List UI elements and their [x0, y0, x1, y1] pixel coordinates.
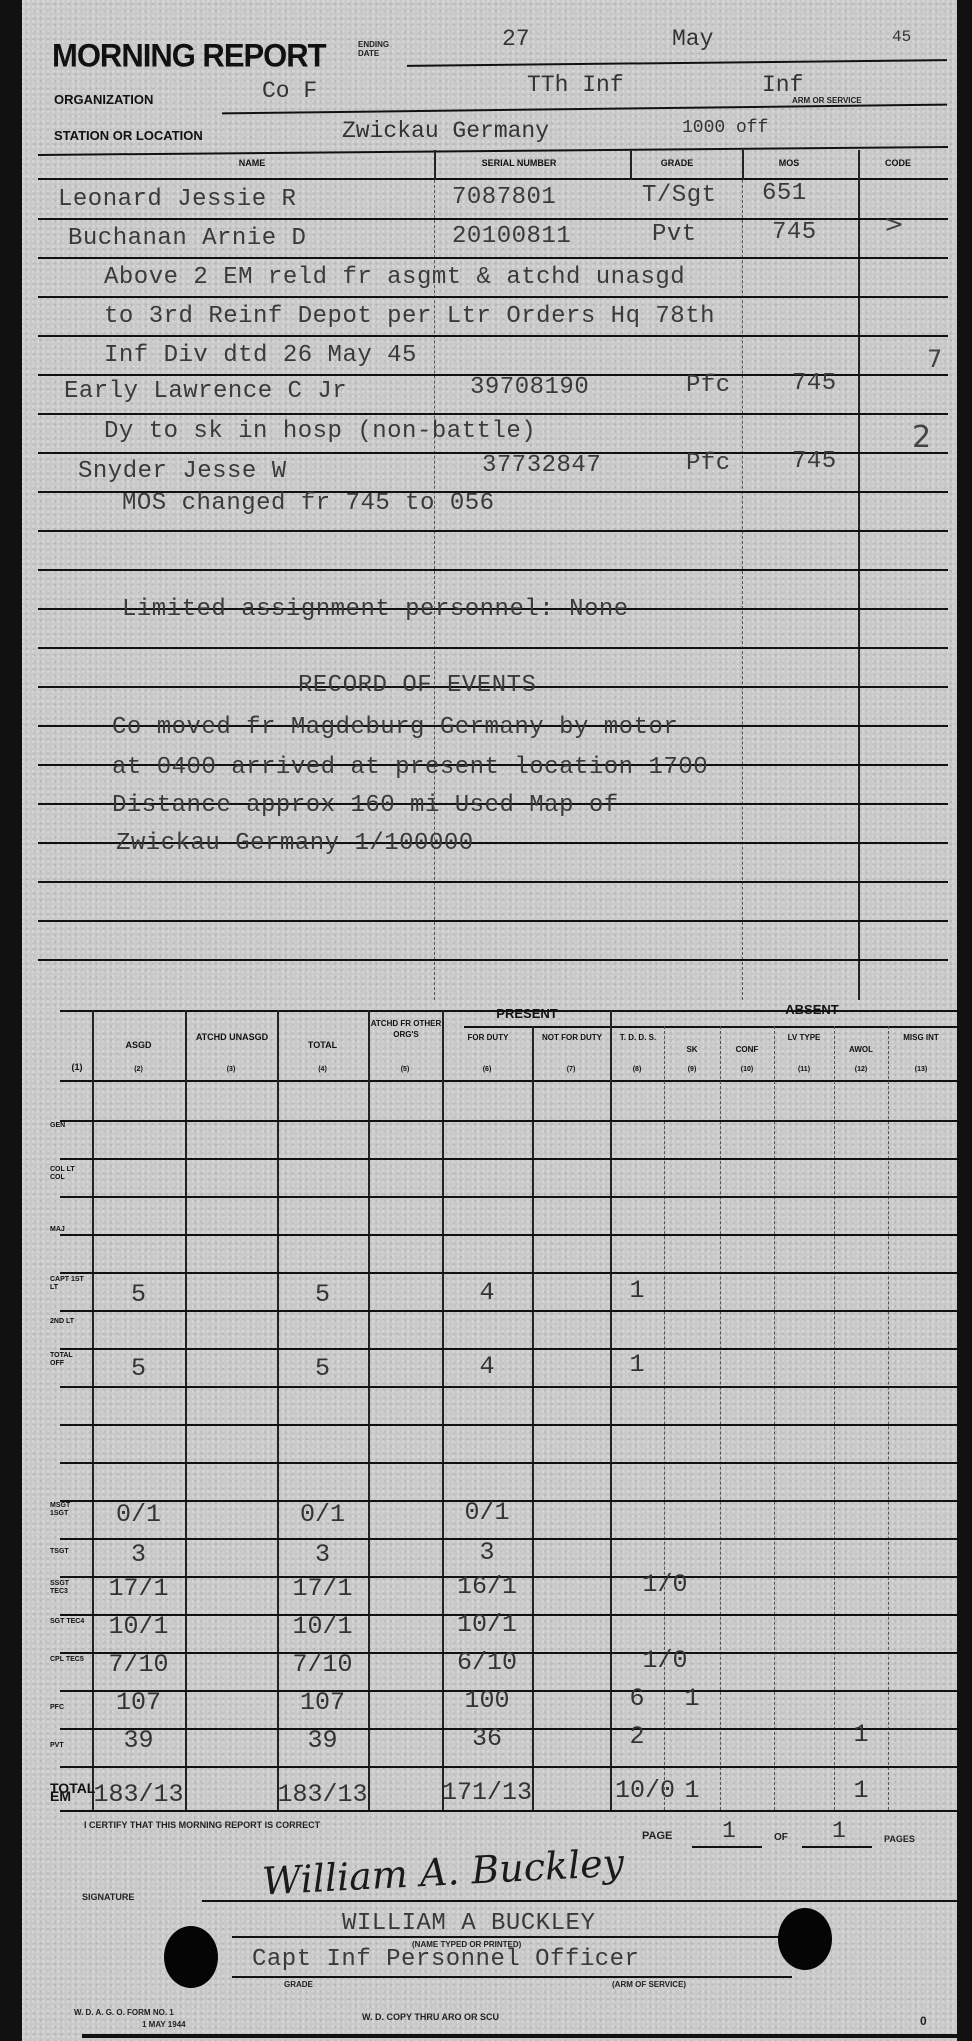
col-atchd-fr-other-num: (5): [368, 1064, 442, 1075]
col-sk: SK: [664, 1044, 720, 1055]
row-label: PFC: [50, 1704, 86, 1712]
record-of-events-title: RECORD OF EVENTS: [298, 672, 536, 699]
organization-value: Co F: [262, 78, 317, 104]
punch-hole-right: [778, 1908, 832, 1970]
row-label: MSGT 1SGT: [50, 1502, 86, 1518]
row-label: CAPT 1ST LT: [50, 1276, 86, 1292]
roster-serial: 39708190: [470, 374, 589, 401]
station-note: 1000 off: [682, 118, 768, 138]
col-1-num: (1): [62, 1062, 92, 1073]
cell-for-duty: 100: [442, 1686, 532, 1715]
col-tdds: T. D. D. S.: [612, 1032, 664, 1043]
row-label: TSGT: [50, 1548, 86, 1556]
row-label: SGT TEC4: [50, 1618, 86, 1626]
event-line: Co moved fr Magdeburg Germany by motor: [112, 714, 678, 741]
roster-header-serial: SERIAL NUMBER: [434, 158, 604, 169]
of-label: OF: [774, 1832, 788, 1843]
row-label: PVT: [50, 1742, 86, 1750]
col-asgd: ASGD: [92, 1040, 185, 1051]
cell-tdds: 1/0: [610, 1646, 720, 1675]
pages-label: PAGES: [884, 1834, 915, 1844]
cell-total: 10/1: [277, 1612, 368, 1641]
signature-label: SIGNATURE: [82, 1892, 134, 1902]
row-label: CPL TEC5: [50, 1656, 86, 1664]
cell-total: 39: [277, 1726, 368, 1755]
col-misg-int: MISG INT: [888, 1032, 954, 1043]
printed-name: WILLIAM A BUCKLEY: [342, 1910, 595, 1937]
form-title: MORNING REPORT: [52, 37, 326, 75]
cell-total: 3: [277, 1540, 368, 1569]
ending-date-label: ENDING DATE: [358, 40, 398, 58]
col-awol: AWOL: [834, 1044, 888, 1055]
row-label: 2ND LT: [50, 1318, 86, 1326]
limited-assignment-note: Limited assignment personnel: None: [122, 596, 629, 623]
cell-for-duty: 36: [442, 1724, 532, 1753]
roster-mos: 745: [792, 370, 837, 397]
roster-name: Snyder Jesse W: [78, 458, 287, 485]
col-atchd-unasgd-num: (3): [185, 1064, 277, 1075]
row-label: GEN: [50, 1122, 86, 1130]
col-sk-num: (9): [664, 1064, 720, 1075]
cell-for-duty: 4: [442, 1278, 532, 1307]
col-conf-num: (10): [720, 1064, 774, 1075]
col-total-num: (4): [277, 1064, 368, 1075]
cell-for-duty: 0/1: [442, 1498, 532, 1527]
page-total: 1: [832, 1818, 846, 1844]
corner-mark: 0: [920, 2014, 927, 2028]
cell-asgd: 3: [92, 1540, 185, 1569]
cell-total: 5: [277, 1354, 368, 1383]
date-year: 45: [892, 28, 911, 46]
roster-serial: 20100811: [452, 223, 571, 250]
signature: William A. Buckley: [261, 1841, 625, 1904]
roster-header-name: NAME: [152, 158, 352, 169]
roster-grade: Pvt: [652, 221, 697, 248]
cell-tdds: 1: [610, 1276, 664, 1305]
row-label-total: TOTAL EM: [50, 1784, 86, 1800]
roster-remark: Inf Div dtd 26 May 45: [104, 342, 417, 369]
cell-sk: 1: [672, 1776, 712, 1805]
cell-asgd: 39: [92, 1726, 185, 1755]
station-value: Zwickau Germany: [342, 118, 549, 144]
col-lv-type: LV TYPE: [774, 1032, 834, 1043]
cell-total: 17/1: [277, 1574, 368, 1603]
code-mark: >: [884, 210, 904, 238]
cell-sk: 1: [664, 1684, 720, 1713]
roster-header-code: CODE: [858, 158, 938, 169]
station-label: STATION OR LOCATION: [54, 128, 203, 143]
col-tdds-num: (8): [610, 1064, 664, 1075]
cell-asgd: 7/10: [92, 1650, 185, 1679]
col-for-duty-num: (6): [442, 1064, 532, 1075]
col-for-duty: FOR DUTY: [446, 1032, 530, 1043]
cell-for-duty: 6/10: [442, 1648, 532, 1677]
cell-total: 7/10: [277, 1650, 368, 1679]
regiment-value: TTh Inf: [527, 72, 624, 98]
roster-mos: 651: [762, 180, 807, 207]
cell-total: 107: [277, 1688, 368, 1717]
absent-group-header: ABSENT: [742, 1004, 882, 1015]
form-date: 1 MAY 1944: [142, 2020, 186, 2029]
roster-mos: 745: [792, 448, 837, 475]
row-label: TOTAL OFF: [50, 1352, 86, 1368]
col-awol-num: (12): [834, 1064, 888, 1075]
row-label: MAJ: [50, 1226, 86, 1234]
copy-instruction: W. D. COPY THRU ARO OR SCU: [362, 2012, 499, 2022]
col-not-for-duty-num: (7): [532, 1064, 610, 1075]
col-atchd-unasgd: ATCHD UNASGD: [190, 1032, 274, 1043]
roster-mos: 745: [772, 219, 817, 246]
event-line: at 0400 arrived at present location 1700: [112, 754, 708, 781]
arm-label: ARM OR SERVICE: [792, 96, 862, 105]
roster-name: Buchanan Arnie D: [68, 225, 306, 252]
form-id: W. D. A. G. O. FORM NO. 1: [74, 2008, 174, 2017]
roster-grade: T/Sgt: [642, 182, 717, 209]
cell-asgd: 0/1: [92, 1500, 185, 1529]
cell-tdds: 1/0: [610, 1570, 720, 1599]
page-number: 1: [722, 1818, 736, 1844]
col-total: TOTAL: [277, 1040, 368, 1051]
cell-for-duty: 3: [442, 1538, 532, 1567]
roster-header-grade: GRADE: [632, 158, 722, 169]
event-line: Zwickau Germany 1/100000: [116, 830, 474, 857]
cell-for-duty: 171/13: [442, 1778, 532, 1807]
roster-serial: 37732847: [482, 452, 601, 479]
row-label: COL LT COL: [50, 1166, 86, 1182]
present-group-header: PRESENT: [467, 1008, 587, 1019]
officer-title: Capt Inf Personnel Officer: [252, 1946, 639, 1973]
cell-asgd: 183/13: [92, 1780, 185, 1809]
col-atchd-fr-other: ATCHD FR OTHER ORG'S: [370, 1018, 442, 1040]
cell-total: 5: [277, 1280, 368, 1309]
code-mark: 7: [927, 345, 942, 373]
cell-tdds: 2: [610, 1722, 664, 1751]
cell-tdds: 10/0: [610, 1776, 680, 1805]
col-not-for-duty: NOT FOR DUTY: [534, 1032, 610, 1043]
cell-for-duty: 4: [442, 1352, 532, 1381]
arm-of-service-label: (ARM OF SERVICE): [612, 1980, 686, 1989]
organization-label: ORGANIZATION: [54, 92, 153, 107]
roster-remark: to 3rd Reinf Depot per Ltr Orders Hq 78t…: [104, 303, 715, 330]
grade-label: GRADE: [284, 1980, 313, 1989]
cell-asgd: 107: [92, 1688, 185, 1717]
cell-asgd: 17/1: [92, 1574, 185, 1603]
cell-for-duty: 10/1: [442, 1610, 532, 1639]
code-mark: 2: [912, 420, 931, 455]
punch-hole-left: [164, 1926, 218, 1988]
col-misg-int-num: (13): [888, 1064, 954, 1075]
morning-report-sheet: MORNING REPORT ENDING DATE 27 May 45 ORG…: [22, 0, 957, 2041]
cell-total: 183/13: [277, 1780, 368, 1809]
date-month: May: [672, 26, 713, 52]
cell-tdds: 6: [610, 1684, 664, 1713]
cell-asgd: 5: [92, 1354, 185, 1383]
roster-grade: Pfc: [686, 450, 731, 477]
roster-header-mos: MOS: [744, 158, 834, 169]
certification-statement: I CERTIFY THAT THIS MORNING REPORT IS CO…: [84, 1820, 320, 1830]
roster-remark: Dy to sk in hosp (non-battle): [104, 418, 536, 445]
col-lv-type-num: (11): [774, 1064, 834, 1075]
row-label: SSGT TEC3: [50, 1580, 86, 1596]
col-asgd-num: (2): [92, 1064, 185, 1075]
roster-serial: 7087801: [452, 184, 556, 211]
event-line: Distance approx 160 mi Used Map of: [112, 792, 619, 819]
cell-asgd: 5: [92, 1280, 185, 1309]
cell-total: 0/1: [277, 1500, 368, 1529]
col-conf: CONF: [720, 1044, 774, 1055]
roster-name: Leonard Jessie R: [58, 186, 296, 213]
cell-awol: 1: [834, 1776, 888, 1805]
roster-remark: MOS changed fr 745 to 056: [122, 490, 495, 517]
page-label: PAGE: [642, 1830, 672, 1842]
cell-tdds: 1: [610, 1350, 664, 1379]
cell-asgd: 10/1: [92, 1612, 185, 1641]
date-day: 27: [502, 26, 530, 52]
cell-awol: 1: [834, 1720, 888, 1749]
roster-name: Early Lawrence C Jr: [64, 378, 347, 405]
roster-remark: Above 2 EM reld fr asgmt & atchd unasgd: [104, 264, 685, 291]
cell-for-duty: 16/1: [442, 1572, 532, 1601]
roster-grade: Pfc: [686, 372, 731, 399]
branch-value: Inf: [762, 72, 803, 98]
